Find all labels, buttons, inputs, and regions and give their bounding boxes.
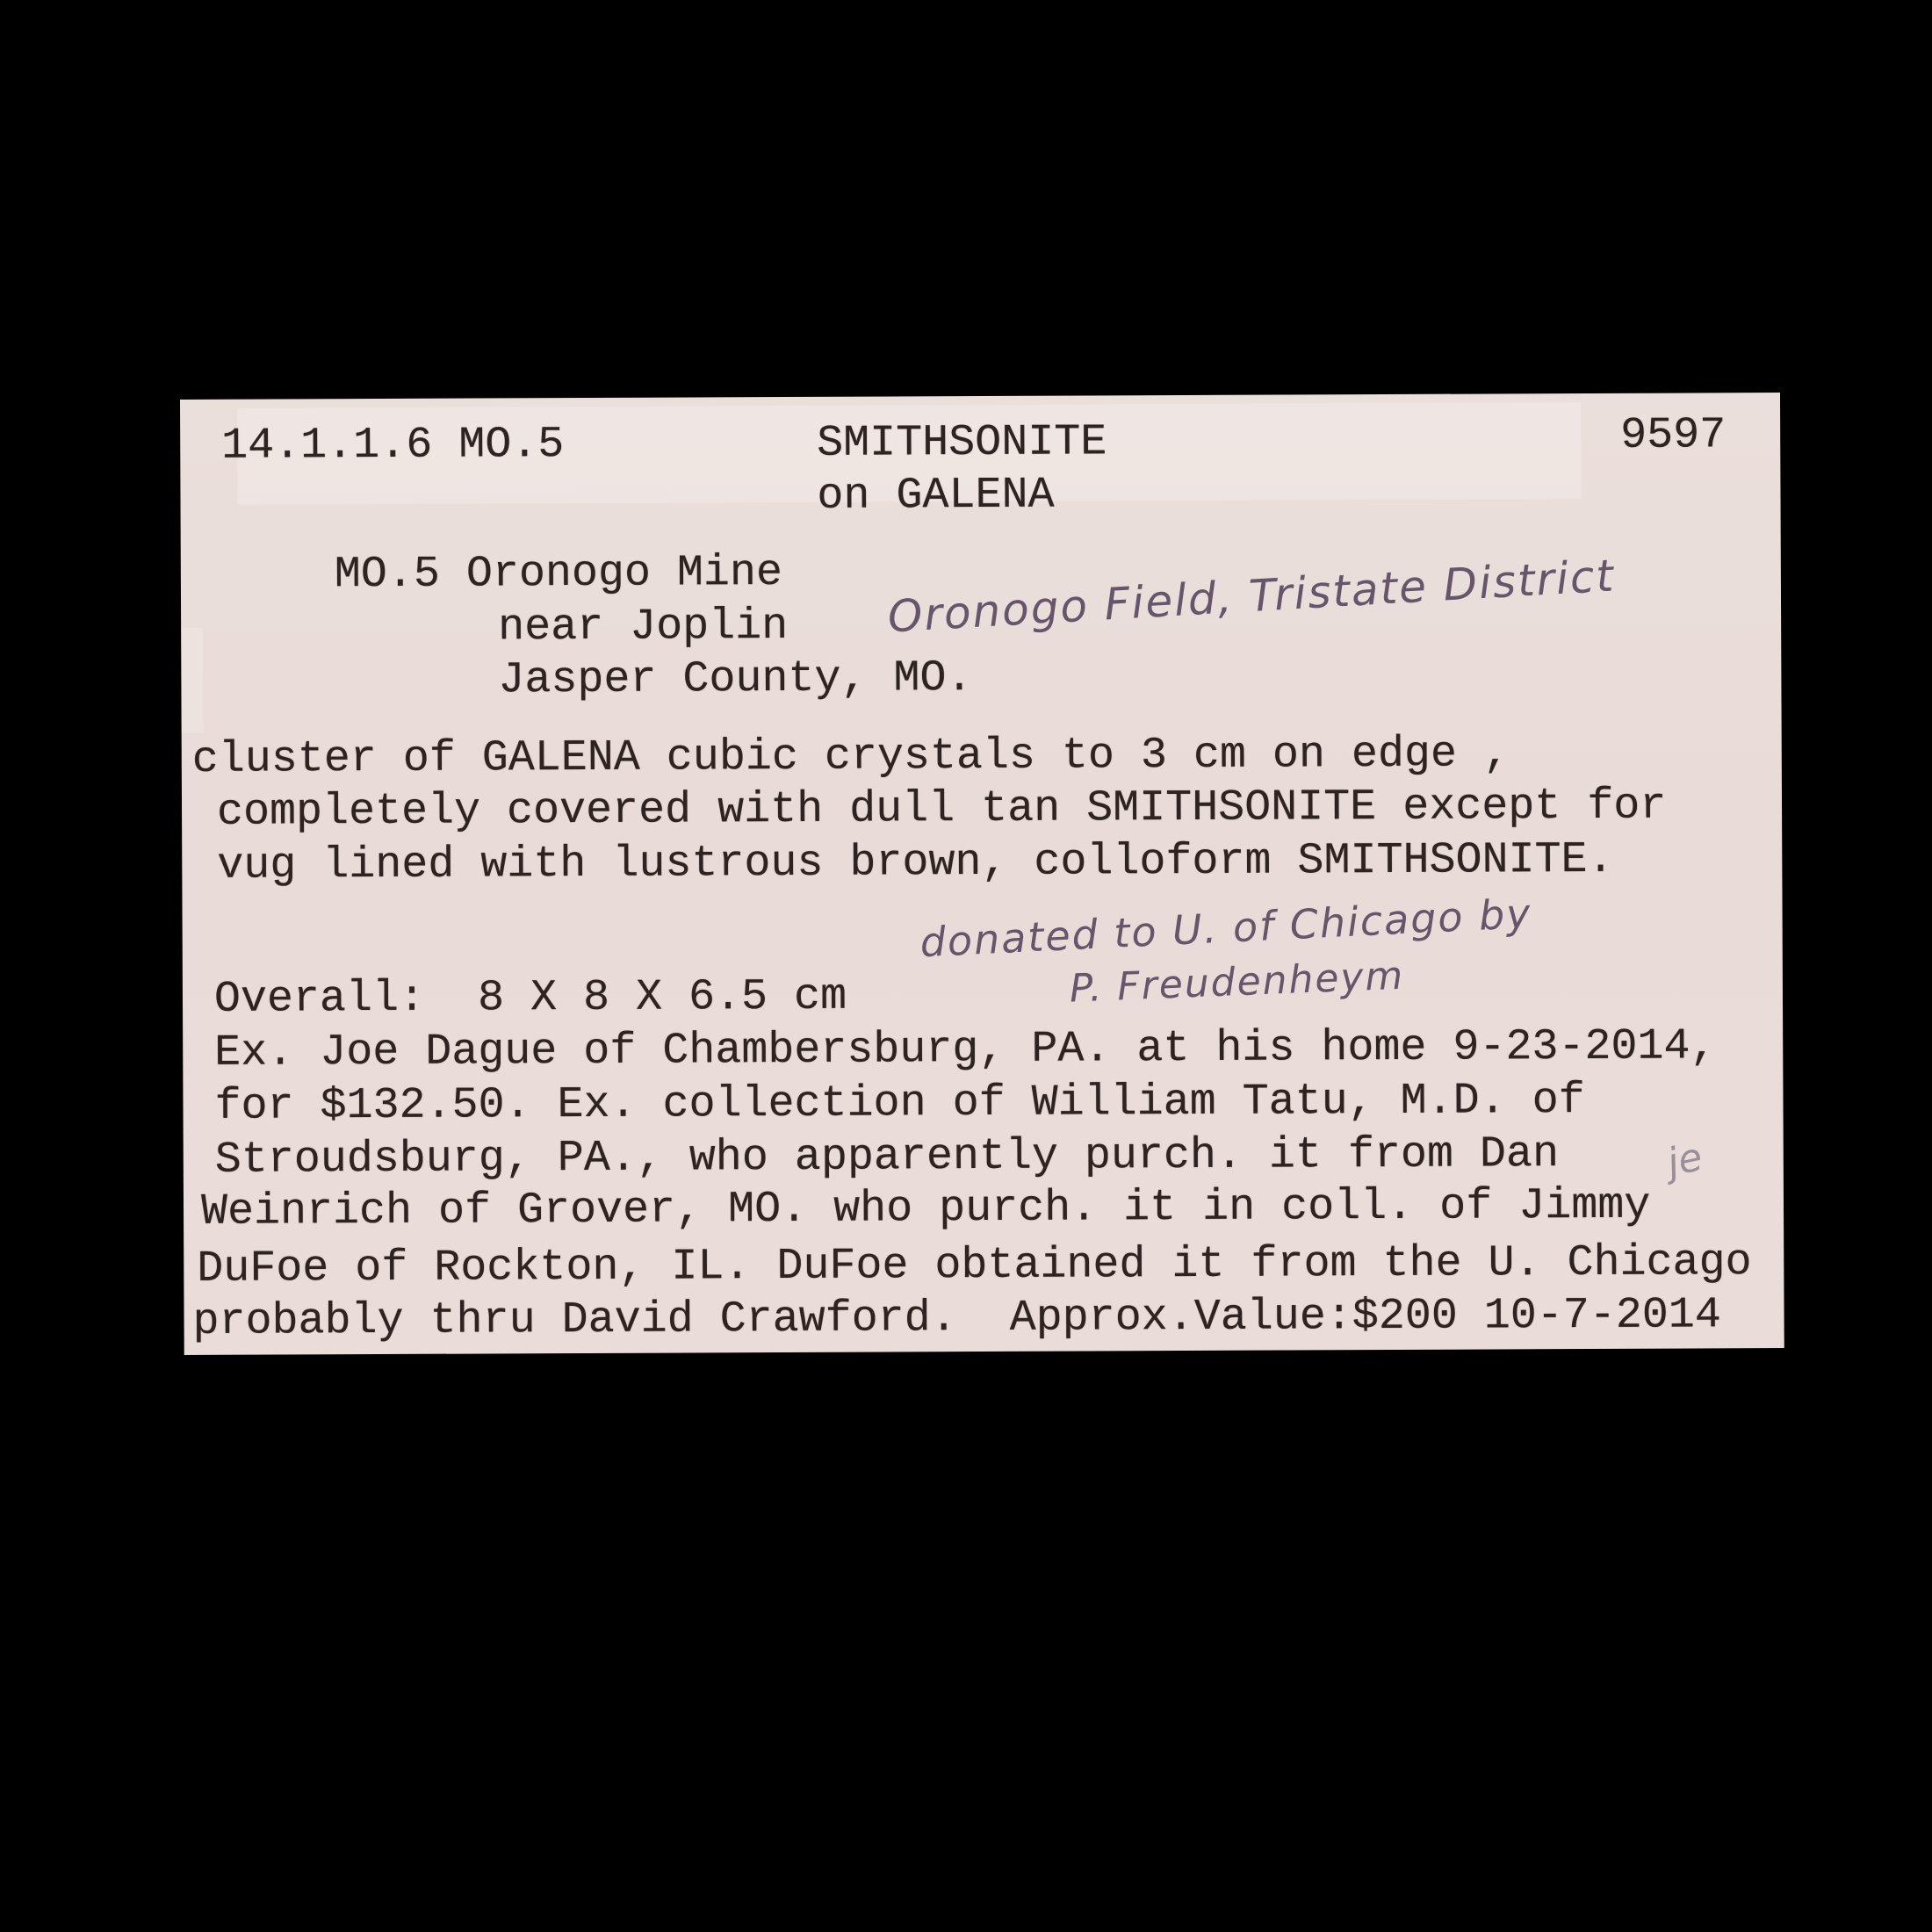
provenance-line-1: Ex. Joe Dague of Chambersburg, PA. at hi… — [214, 1025, 1716, 1075]
dimensions: Overall: 8 X 8 X 6.5 cm — [214, 976, 847, 1022]
species-name: SMITHSONITE — [817, 421, 1107, 465]
provenance-line-5: DuFoe of Rockton, IL. DuFoe obtained it … — [197, 1241, 1751, 1292]
description-line-3: vug lined with lustrous brown, colloform… — [217, 839, 1613, 889]
provenance-line-6: probably thru David Crawford. Approx.Val… — [192, 1294, 1720, 1344]
provenance-line-2: for $132.50. Ex. collection of William T… — [214, 1079, 1584, 1129]
paper-highlight-left — [181, 628, 204, 733]
description-line-2: completely covered with dull tan SMITHSO… — [217, 785, 1666, 835]
handwritten-donation-note-line-1: donated to U. of Chicago by — [919, 890, 1532, 966]
pencil-correction: je — [1663, 1135, 1706, 1186]
locality-town: near Joplin — [498, 605, 788, 650]
classification-code: 14.1.1.6 MO.5 — [221, 423, 564, 469]
handwritten-donor-name: P. Freudenheym — [1069, 954, 1405, 1012]
provenance-line-3: Stroudsburg, PA., who apparently purch. … — [215, 1133, 1559, 1183]
species-matrix: on GALENA — [817, 474, 1054, 519]
catalog-number: 9597 — [1620, 414, 1726, 458]
specimen-label-card: 14.1.1.6 MO.5 SMITHSONITE 9597 on GALENA… — [180, 393, 1784, 1355]
locality-mine: MO.5 Oronogo Mine — [335, 551, 782, 597]
provenance-line-4: Weinrich of Grover, MO. who purch. it in… — [201, 1185, 1650, 1235]
description-line-1: cluster of GALENA cubic crystals to 3 cm… — [192, 732, 1510, 782]
locality-county: Jasper County, MO. — [498, 657, 972, 703]
handwritten-locality-note: Oronogo Field, Tristate District — [886, 551, 1616, 643]
